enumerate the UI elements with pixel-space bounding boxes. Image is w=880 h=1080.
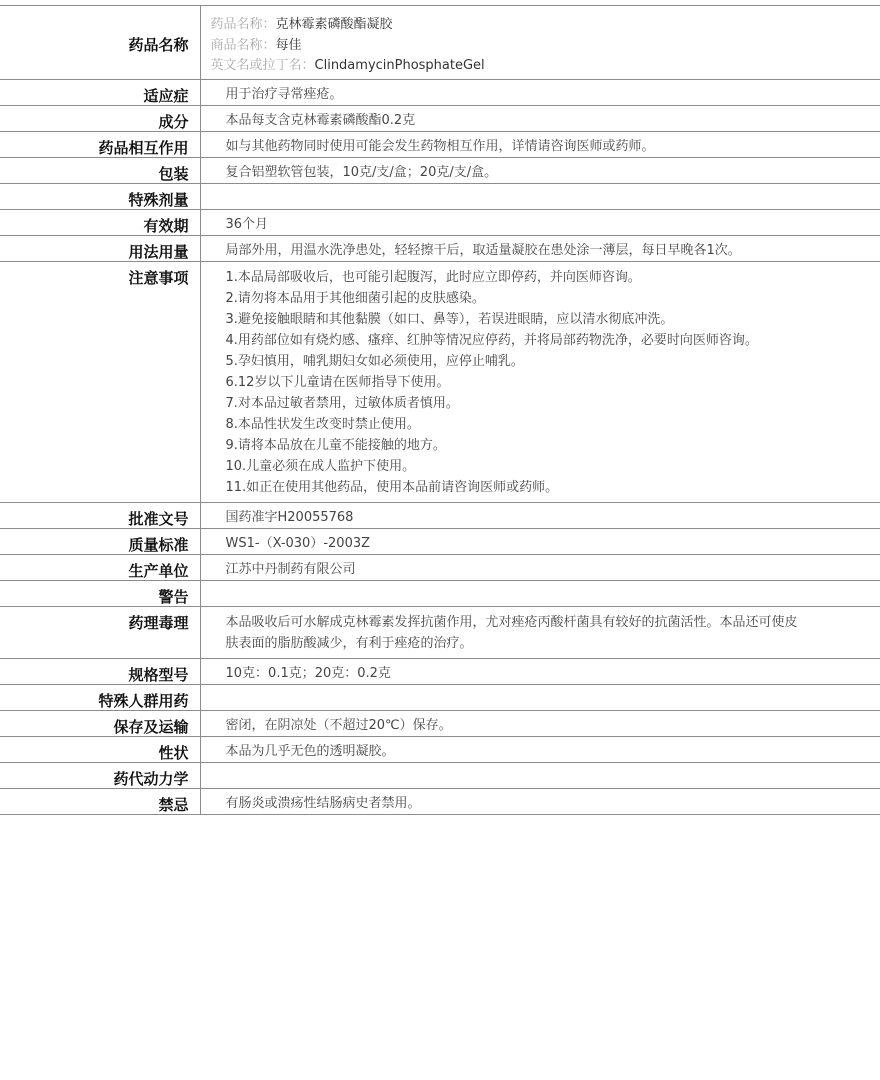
row-approval-number: 批准文号 国药准字H20055768 <box>0 502 880 528</box>
caution-item: 6.12岁以下儿童请在医师指导下使用。 <box>226 372 801 393</box>
trade-name-value: 每佳 <box>276 38 302 53</box>
english-name-line: 英文名或拉丁名：ClindamycinPhosphateGel <box>211 56 801 77</box>
row-label: 药品相互作用 <box>0 131 200 157</box>
row-label: 有效期 <box>0 209 200 235</box>
row-validity: 有效期 36个月 <box>0 209 880 235</box>
row-specification: 规格型号 10克：0.1克；20克：0.2克 <box>0 658 880 684</box>
row-value <box>200 684 880 710</box>
row-value: 本品吸收后可水解成克林霉素发挥抗菌作用，尤对痤疮丙酸杆菌具有较好的抗菌活性。本品… <box>200 606 880 658</box>
row-usage: 用法用量 局部外用，用温水洗净患处，轻轻擦干后，取适量凝胶在患处涂一薄层，每日早… <box>0 235 880 261</box>
row-value: 本品每支含克林霉素磷酸酯0.2克 <box>200 105 880 131</box>
row-warning: 警告 <box>0 580 880 606</box>
caution-item: 11.如正在使用其他药品，使用本品前请咨询医师或药师。 <box>226 477 801 498</box>
row-value: 复合铝塑软管包装，10克/支/盒；20克/支/盒。 <box>200 157 880 183</box>
row-label: 禁忌 <box>0 788 200 814</box>
row-label: 药理毒理 <box>0 606 200 658</box>
row-label: 批准文号 <box>0 502 200 528</box>
row-value: 本品为几乎无色的透明凝胶。 <box>200 736 880 762</box>
row-label: 规格型号 <box>0 658 200 684</box>
trade-name-key: 商品名称： <box>211 38 276 53</box>
drug-spec-table: 药品名称 药品名称：克林霉素磷酸酯凝胶 商品名称：每佳 英文名或拉丁名：Clin… <box>0 5 880 815</box>
caution-item: 4.用药部位如有烧灼感、瘙痒、红肿等情况应停药，并将局部药物洗净，必要时向医师咨… <box>226 330 801 351</box>
row-interactions: 药品相互作用 如与其他药物同时使用可能会发生药物相互作用，详情请咨询医师或药师。 <box>0 131 880 157</box>
drug-name-values: 药品名称：克林霉素磷酸酯凝胶 商品名称：每佳 英文名或拉丁名：Clindamyc… <box>200 6 880 80</box>
row-value: 用于治疗寻常痤疮。 <box>200 79 880 105</box>
row-label: 特殊人群用药 <box>0 684 200 710</box>
row-indication: 适应症 用于治疗寻常痤疮。 <box>0 79 880 105</box>
generic-name-value: 克林霉素磷酸酯凝胶 <box>276 17 393 32</box>
row-label: 药代动力学 <box>0 762 200 788</box>
generic-name-key: 药品名称： <box>211 17 276 32</box>
caution-item: 3.避免接触眼睛和其他黏膜（如口、鼻等），若误进眼睛，应以清水彻底冲洗。 <box>226 309 801 330</box>
row-value: 36个月 <box>200 209 880 235</box>
row-special-dosage: 特殊剂量 <box>0 183 880 209</box>
caution-item: 8.本品性状发生改变时禁止使用。 <box>226 414 801 435</box>
caution-item: 7.对本品过敏者禁用，过敏体质者慎用。 <box>226 393 801 414</box>
caution-item: 10.儿童必须在成人监护下使用。 <box>226 456 801 477</box>
row-value <box>200 183 880 209</box>
row-label: 生产单位 <box>0 554 200 580</box>
row-cautions: 注意事项 1.本品局部吸收后，也可能引起腹泻，此时应立即停药，并向医师咨询。 2… <box>0 261 880 502</box>
row-drug-name: 药品名称 药品名称：克林霉素磷酸酯凝胶 商品名称：每佳 英文名或拉丁名：Clin… <box>0 6 880 80</box>
row-manufacturer: 生产单位 江苏中丹制药有限公司 <box>0 554 880 580</box>
trade-name-line: 商品名称：每佳 <box>211 36 801 57</box>
row-label: 包装 <box>0 157 200 183</box>
row-packaging: 包装 复合铝塑软管包装，10克/支/盒；20克/支/盒。 <box>0 157 880 183</box>
caution-item: 9.请将本品放在儿童不能接触的地方。 <box>226 435 801 456</box>
row-label: 警告 <box>0 580 200 606</box>
generic-name-line: 药品名称：克林霉素磷酸酯凝胶 <box>211 15 801 36</box>
row-label: 性状 <box>0 736 200 762</box>
row-pharmacology: 药理毒理 本品吸收后可水解成克林霉素发挥抗菌作用，尤对痤疮丙酸杆菌具有较好的抗菌… <box>0 606 880 658</box>
row-value: 局部外用，用温水洗净患处，轻轻擦干后，取适量凝胶在患处涂一薄层，每日早晚各1次。 <box>200 235 880 261</box>
row-label: 注意事项 <box>0 261 200 502</box>
row-value: 10克：0.1克；20克：0.2克 <box>200 658 880 684</box>
row-value: 有肠炎或溃疡性结肠病史者禁用。 <box>200 788 880 814</box>
row-value <box>200 580 880 606</box>
row-quality-standard: 质量标准 WS1-（X-030）-2003Z <box>0 528 880 554</box>
row-label: 药品名称 <box>0 6 200 80</box>
row-ingredients: 成分 本品每支含克林霉素磷酸酯0.2克 <box>0 105 880 131</box>
row-label: 特殊剂量 <box>0 183 200 209</box>
row-value: 国药准字H20055768 <box>200 502 880 528</box>
row-value: 密闭，在阴凉处（不超过20℃）保存。 <box>200 710 880 736</box>
row-pharmacokinetics: 药代动力学 <box>0 762 880 788</box>
row-label: 质量标准 <box>0 528 200 554</box>
english-name-key: 英文名或拉丁名： <box>211 58 315 73</box>
row-storage: 保存及运输 密闭，在阴凉处（不超过20℃）保存。 <box>0 710 880 736</box>
row-value: WS1-（X-030）-2003Z <box>200 528 880 554</box>
cautions-list: 1.本品局部吸收后，也可能引起腹泻，此时应立即停药，并向医师咨询。 2.请勿将本… <box>200 261 880 502</box>
row-label: 用法用量 <box>0 235 200 261</box>
row-label: 适应症 <box>0 79 200 105</box>
caution-item: 2.请勿将本品用于其他细菌引起的皮肤感染。 <box>226 288 801 309</box>
row-special-population: 特殊人群用药 <box>0 684 880 710</box>
row-label: 成分 <box>0 105 200 131</box>
row-value: 如与其他药物同时使用可能会发生药物相互作用，详情请咨询医师或药师。 <box>200 131 880 157</box>
row-value <box>200 762 880 788</box>
row-contraindications: 禁忌 有肠炎或溃疡性结肠病史者禁用。 <box>0 788 880 814</box>
row-appearance: 性状 本品为几乎无色的透明凝胶。 <box>0 736 880 762</box>
caution-item: 1.本品局部吸收后，也可能引起腹泻，此时应立即停药，并向医师咨询。 <box>226 267 801 288</box>
english-name-value: ClindamycinPhosphateGel <box>315 58 485 73</box>
row-label: 保存及运输 <box>0 710 200 736</box>
row-value: 江苏中丹制药有限公司 <box>200 554 880 580</box>
caution-item: 5.孕妇慎用，哺乳期妇女如必须使用，应停止哺乳。 <box>226 351 801 372</box>
